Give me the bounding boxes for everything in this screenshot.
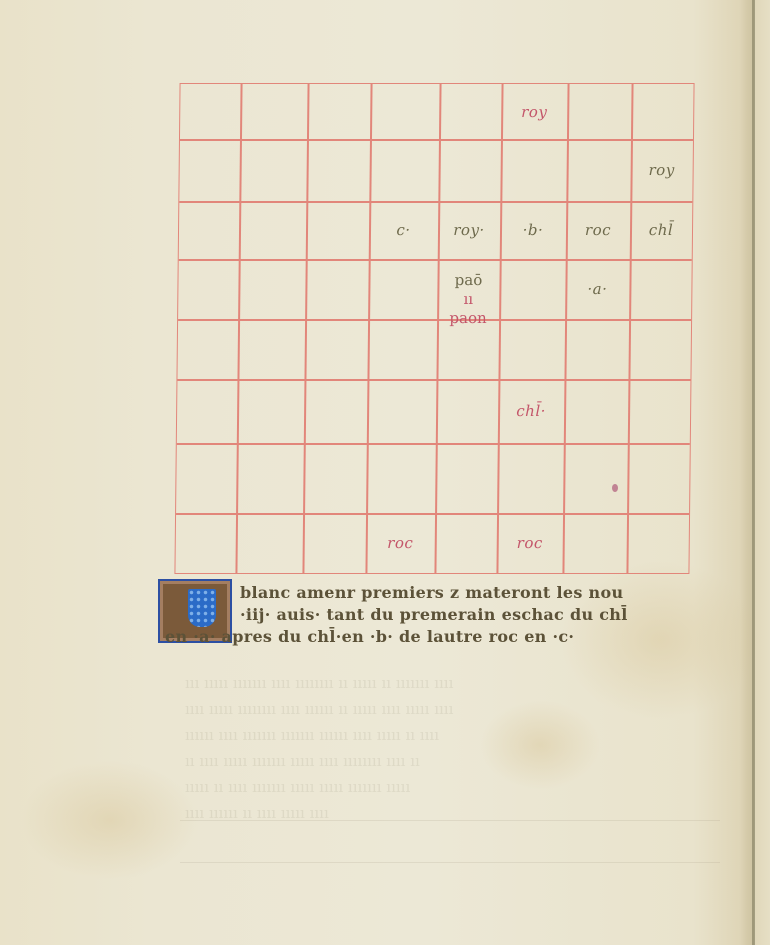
board-rank-line [180, 139, 693, 141]
board-rank-line [178, 319, 691, 321]
board-piece-label: roy [521, 103, 547, 121]
stacked-piece-top-label: paō [455, 271, 483, 290]
stacked-piece-middle-label: ıı [463, 290, 473, 309]
parchment-stain [20, 760, 200, 880]
board-rank-line [179, 259, 692, 261]
board-rank-line [177, 379, 690, 381]
board-file-line [434, 84, 441, 573]
board-piece-label: chl̄ [649, 221, 674, 239]
board-file-line [496, 84, 503, 573]
board-rank-line [179, 201, 692, 203]
text-line-3: en ·a· apres du chl̄·en ·b· de lautre ro… [165, 626, 710, 648]
board-rank-line [176, 513, 689, 515]
page-edge [752, 0, 755, 945]
board-piece-label: roy [648, 161, 674, 179]
board-piece-label: roc [387, 534, 413, 552]
show-through-text: ııı ııııı ııııııı ıııı ıııııııı ıı ııııı… [185, 670, 710, 826]
board-piece-label: roc [585, 221, 611, 239]
board-file-line [562, 84, 569, 573]
board-piece-label: roy· [453, 221, 485, 239]
blue-dotted-shield-icon [188, 589, 216, 627]
board-file-line [365, 84, 372, 573]
ink-blot [612, 484, 618, 492]
ruling-line [180, 862, 720, 863]
board-piece-label: ·b· [523, 221, 544, 239]
stacked-piece-bottom-label: paon [449, 309, 486, 328]
board-file-line [302, 84, 309, 573]
stacked-piece-annotation: paōııpaon [449, 271, 487, 328]
board-piece-label: chl̄· [516, 402, 546, 420]
text-line-1: blanc amenr premiers z materont les nou [240, 582, 710, 604]
board-file-line [626, 84, 633, 573]
problem-text: blanc amenr premiers z materont les nou … [240, 582, 710, 648]
board-piece-label: ·a· [587, 280, 607, 298]
board-piece-label: c· [396, 221, 410, 239]
board-file-line [235, 84, 242, 573]
chess-board-diagram: royroyc·roy··b·rocchl̄·a·chl̄·rocrocpaōı… [174, 83, 694, 574]
board-piece-label: roc [517, 534, 543, 552]
ruling-line [180, 820, 720, 821]
text-line-2: ·iij· auis· tant du premerain eschac du … [240, 604, 710, 626]
board-rank-line [177, 443, 690, 445]
